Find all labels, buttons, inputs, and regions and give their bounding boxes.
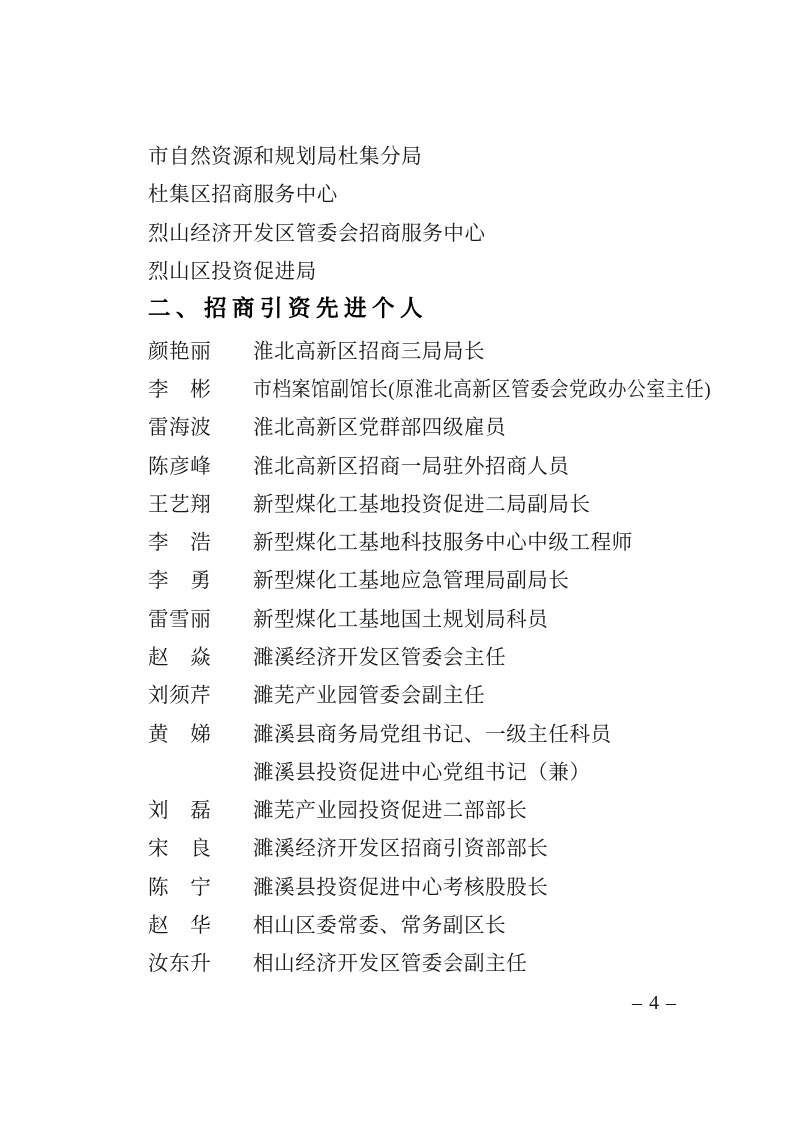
awardee-row: 陈 宁 濉溪县投资促进中心考核股股长 <box>148 866 758 904</box>
awardee-name: 王艺翔 <box>148 487 212 517</box>
awardee-title: 濉芜产业园管委会副主任 <box>253 678 485 708</box>
document-page: 市自然资源和规划局杜集分局 杜集区招商服务中心 烈山经济开发区管委会招商服务中心… <box>0 0 793 1122</box>
awardee-name: 宋 良 <box>148 831 212 861</box>
awardee-title: 相山区委常委、常务副区长 <box>253 908 506 938</box>
awardee-row: 雷雪丽 新型煤化工基地国土规划局科员 <box>148 598 758 636</box>
awardee-row: 陈彦峰 淮北高新区招商一局驻外招商人员 <box>148 444 758 482</box>
awardee-row: 濉溪县投资促进中心党组书记（兼） <box>148 751 758 789</box>
awardee-title: 濉溪县投资促进中心党组书记（兼） <box>253 755 591 785</box>
awardee-title: 淮北高新区党群部四级雇员 <box>253 410 506 440</box>
awardee-name: 颜艳丽 <box>148 334 212 364</box>
section-heading: 二、招商引资先进个人 <box>148 288 758 326</box>
awardee-name: 雷海波 <box>148 410 212 440</box>
awardee-row: 刘 磊 濉芜产业园投资促进二部部长 <box>148 789 758 827</box>
awardee-title: 新型煤化工基地应急管理局副局长 <box>253 563 570 593</box>
organization-line: 市自然资源和规划局杜集分局 <box>148 135 758 173</box>
organization-line: 杜集区招商服务中心 <box>148 173 758 211</box>
awardee-name: 李 浩 <box>148 525 212 555</box>
awardee-title: 濉溪县投资促进中心考核股股长 <box>253 870 548 900</box>
awardee-title: 新型煤化工基地科技服务中心中级工程师 <box>253 525 633 555</box>
awardee-title: 市档案馆副馆长(原淮北高新区管委会党政办公室主任) <box>253 372 711 402</box>
awardee-name: 刘 磊 <box>148 793 212 823</box>
awardee-name: 赵 焱 <box>148 640 212 670</box>
awardee-row: 宋 良 濉溪经济开发区招商引资部部长 <box>148 827 758 865</box>
awardee-row: 雷海波 淮北高新区党群部四级雇员 <box>148 406 758 444</box>
awardee-name: 刘须芹 <box>148 678 212 708</box>
awardee-row: 赵 华 相山区委常委、常务副区长 <box>148 904 758 942</box>
awardee-name: 陈彦峰 <box>148 449 212 479</box>
awardee-name: 雷雪丽 <box>148 602 212 632</box>
awardee-title: 濉溪县商务局党组书记、一级主任科员 <box>253 717 612 747</box>
awardee-row: 李 勇 新型煤化工基地应急管理局副局长 <box>148 559 758 597</box>
awardee-name: 李 勇 <box>148 563 212 593</box>
awardee-row: 刘须芹 濉芜产业园管委会副主任 <box>148 674 758 712</box>
awardee-name: 汝东升 <box>148 946 212 976</box>
awardee-row: 李 浩 新型煤化工基地科技服务中心中级工程师 <box>148 521 758 559</box>
awardee-name: 黄 娣 <box>148 717 212 747</box>
awardee-title: 淮北高新区招商一局驻外招商人员 <box>253 449 570 479</box>
awardee-row: 黄 娣 濉溪县商务局党组书记、一级主任科员 <box>148 712 758 750</box>
awardee-title: 濉溪经济开发区管委会主任 <box>253 640 506 670</box>
organization-list: 市自然资源和规划局杜集分局 杜集区招商服务中心 烈山经济开发区管委会招商服务中心… <box>148 135 758 288</box>
awardee-row: 李 彬 市档案馆副馆长(原淮北高新区管委会党政办公室主任) <box>148 368 758 406</box>
organization-line: 烈山经济开发区管委会招商服务中心 <box>148 212 758 250</box>
awardee-name: 李 彬 <box>148 372 212 402</box>
awardee-name: 赵 华 <box>148 908 212 938</box>
document-content: 市自然资源和规划局杜集分局 杜集区招商服务中心 烈山经济开发区管委会招商服务中心… <box>148 135 758 981</box>
awardee-title: 相山经济开发区管委会副主任 <box>253 946 527 976</box>
page-number: – 4 – <box>632 992 677 1015</box>
awardee-row: 颜艳丽 淮北高新区招商三局局长 <box>148 329 758 367</box>
awardee-title: 新型煤化工基地国土规划局科员 <box>253 602 548 632</box>
organization-line: 烈山区投资促进局 <box>148 250 758 288</box>
awardee-title: 濉溪经济开发区招商引资部部长 <box>253 831 548 861</box>
awardee-title: 新型煤化工基地投资促进二局副局长 <box>253 487 591 517</box>
awardee-row: 赵 焱 濉溪经济开发区管委会主任 <box>148 636 758 674</box>
awardee-row: 王艺翔 新型煤化工基地投资促进二局副局长 <box>148 483 758 521</box>
awardee-list: 颜艳丽 淮北高新区招商三局局长 李 彬 市档案馆副馆长(原淮北高新区管委会党政办… <box>148 329 758 980</box>
awardee-row: 汝东升 相山经济开发区管委会副主任 <box>148 942 758 980</box>
awardee-title: 濉芜产业园投资促进二部部长 <box>253 793 527 823</box>
awardee-name: 陈 宁 <box>148 870 212 900</box>
awardee-title: 淮北高新区招商三局局长 <box>253 334 485 364</box>
